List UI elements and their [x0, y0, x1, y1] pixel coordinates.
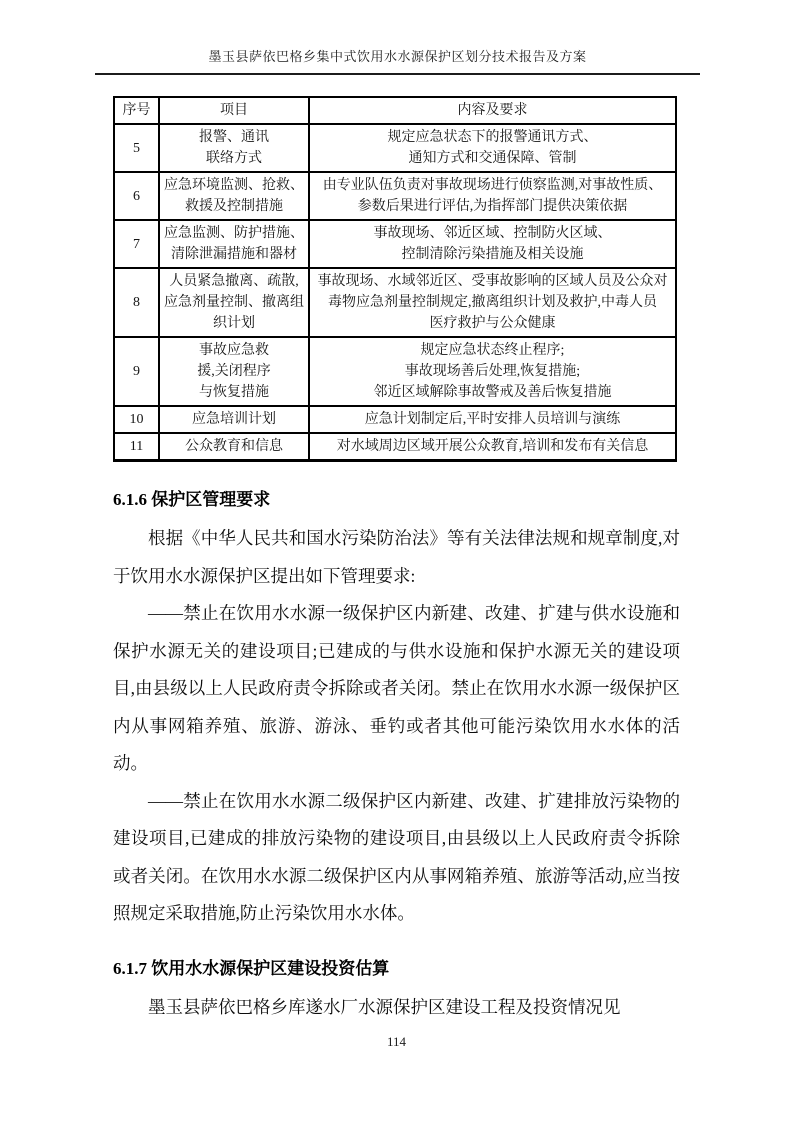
cell-content: 应急计划制定后,平时安排人员培训与演练 — [309, 406, 676, 433]
cell-content: 规定应急状态下的报警通讯方式、 通知方式和交通保障、管制 — [309, 124, 676, 172]
cell-item: 应急培训计划 — [159, 406, 309, 433]
cell-content: 由专业队伍负责对事故现场进行侦察监测,对事故性质、 参数后果进行评估,为指挥部门… — [309, 172, 676, 220]
document-page: 墨玉县萨依巴格乡集中式饮用水水源保护区划分技术报告及方案 序号 项目 内容及要求… — [0, 0, 793, 1122]
table-row: 5 报警、通讯 联络方式 规定应急状态下的报警通讯方式、 通知方式和交通保障、管… — [114, 124, 676, 172]
cell-no: 9 — [114, 337, 159, 406]
cell-item: 事故应急救 援,关闭程序 与恢复措施 — [159, 337, 309, 406]
cell-content: 规定应急状态终止程序; 事故现场善后处理,恢复措施; 邻近区域解除事故警戒及善后… — [309, 337, 676, 406]
cell-no: 6 — [114, 172, 159, 220]
table-header-row: 序号 项目 内容及要求 — [114, 97, 676, 124]
page-content: 序号 项目 内容及要求 5 报警、通讯 联络方式 规定应急状态下的报警通讯方式、… — [113, 96, 680, 1026]
table-row: 6 应急环境监测、抢救、 救援及控制措施 由专业队伍负责对事故现场进行侦察监测,… — [114, 172, 676, 220]
emergency-plan-table: 序号 项目 内容及要求 5 报警、通讯 联络方式 规定应急状态下的报警通讯方式、… — [113, 96, 677, 462]
table-row: 9 事故应急救 援,关闭程序 与恢复措施 规定应急状态终止程序; 事故现场善后处… — [114, 337, 676, 406]
cell-content: 事故现场、水域邻近区、受事故影响的区域人员及公众对 毒物应急剂量控制规定,撤离组… — [309, 268, 676, 337]
cell-no: 7 — [114, 220, 159, 268]
cell-item: 应急环境监测、抢救、 救援及控制措施 — [159, 172, 309, 220]
cell-item: 公众教育和信息 — [159, 433, 309, 461]
section-heading-6-1-7: 6.1.7 饮用水水源保护区建设投资估算 — [113, 957, 680, 981]
col-header-content: 内容及要求 — [309, 97, 676, 124]
table-row: 8 人员紧急撤离、疏散, 应急剂量控制、撤离组 织计划 事故现场、水域邻近区、受… — [114, 268, 676, 337]
cell-content: 事故现场、邻近区域、控制防火区域、 控制清除污染措施及相关设施 — [309, 220, 676, 268]
page-number: 114 — [0, 1034, 793, 1050]
cell-no: 10 — [114, 406, 159, 433]
section-heading-6-1-6: 6.1.6 保护区管理要求 — [113, 488, 680, 512]
cell-content: 对水域周边区域开展公众教育,培训和发布有关信息 — [309, 433, 676, 461]
table-row: 10 应急培训计划 应急计划制定后,平时安排人员培训与演练 — [114, 406, 676, 433]
paragraph: 根据《中华人民共和国水污染防治法》等有关法律法规和规章制度,对于饮用水水源保护区… — [113, 520, 680, 595]
cell-no: 11 — [114, 433, 159, 461]
col-header-item: 项目 — [159, 97, 309, 124]
cell-no: 8 — [114, 268, 159, 337]
table-row: 11 公众教育和信息 对水域周边区域开展公众教育,培训和发布有关信息 — [114, 433, 676, 461]
cell-no: 5 — [114, 124, 159, 172]
col-header-no: 序号 — [114, 97, 159, 124]
table-row: 7 应急监测、防护措施、 清除泄漏措施和器材 事故现场、邻近区域、控制防火区域、… — [114, 220, 676, 268]
cell-item: 人员紧急撤离、疏散, 应急剂量控制、撤离组 织计划 — [159, 268, 309, 337]
cell-item: 报警、通讯 联络方式 — [159, 124, 309, 172]
cell-item: 应急监测、防护措施、 清除泄漏措施和器材 — [159, 220, 309, 268]
paragraph: ——禁止在饮用水水源一级保护区内新建、改建、扩建与供水设施和保护水源无关的建设项… — [113, 595, 680, 783]
paragraph: 墨玉县萨依巴格乡库遂水厂水源保护区建设工程及投资情况见 — [113, 989, 680, 1027]
paragraph: ——禁止在饮用水水源二级保护区内新建、改建、扩建排放污染物的建设项目,已建成的排… — [113, 783, 680, 933]
running-header-title: 墨玉县萨依巴格乡集中式饮用水水源保护区划分技术报告及方案 — [95, 46, 700, 75]
